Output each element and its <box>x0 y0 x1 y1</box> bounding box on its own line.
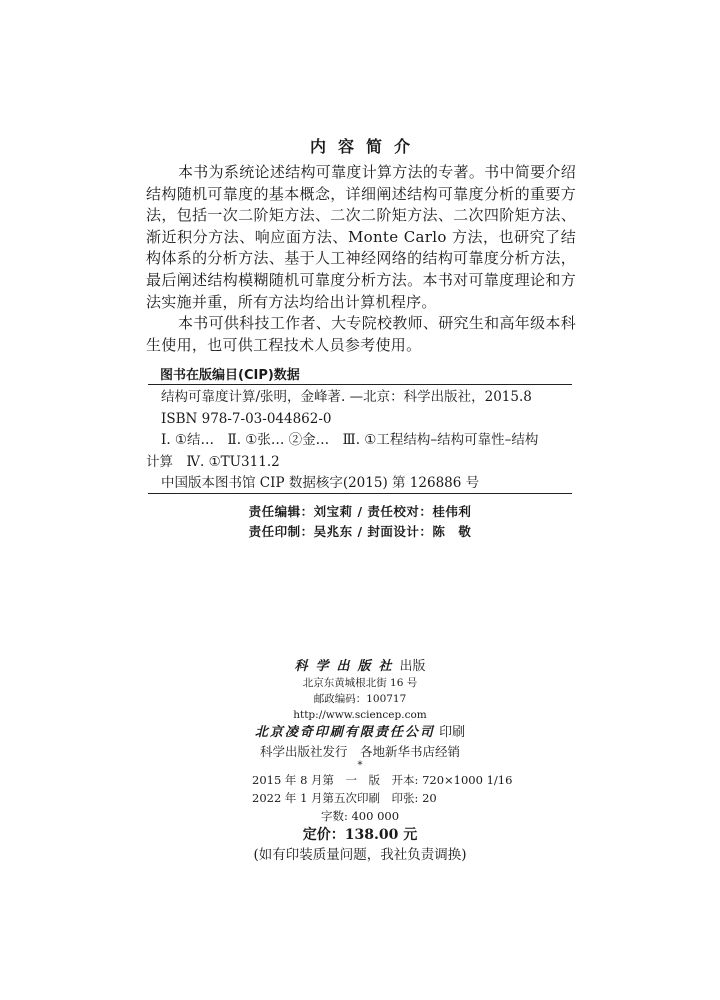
summary-paragraph-2: 本书可供科技工作者、大专院校教师、研究生和高年级本科生使用，也可供工程技术人员参… <box>146 313 576 356</box>
cip-classification-2: 计算 Ⅳ. ①TU311.2 <box>146 452 576 474</box>
printer-suffix: 印刷 <box>439 725 465 740</box>
summary-section: 本书为系统论述结构可靠度计算方法的专著。书中简要介绍结构随机可靠度的基本概念，详… <box>146 162 576 356</box>
cip-data-block: 结构可靠度计算/张明，金峰著. —北京：科学出版社，2015.8 ISBN 97… <box>146 387 576 495</box>
price: 定价：138.00 元 <box>0 825 720 845</box>
cip-title-line: 结构可靠度计算/张明，金峰著. —北京：科学出版社，2015.8 <box>146 387 576 409</box>
printer-name: 北京凌奇印刷有限责任公司 <box>255 725 435 740</box>
publisher-name: 科学出版社 <box>294 659 399 674</box>
cip-classification-1: Ⅰ. ①结… Ⅱ. ①张… ②金… Ⅲ. ①工程结构–结构可靠性–结构 <box>146 430 576 452</box>
edition-line: 2015 年 8 月第 一 版 开本: 720×1000 1/16 <box>0 771 720 789</box>
cip-isbn: ISBN 978-7-03-044862-0 <box>146 409 576 431</box>
printer-line: 北京凌奇印刷有限责任公司 印刷 <box>0 723 720 742</box>
credits-production-line: 责任印制：吴兆东 / 封面设计：陈 敬 <box>0 522 720 542</box>
credits-editor-line: 责任编辑：刘宝莉 / 责任校对：桂伟利 <box>0 502 720 522</box>
distribution-line: 科学出版社发行 各地新华书店经销 <box>0 742 720 761</box>
publisher-address: 北京东黄城根北街 16 号 <box>0 675 720 691</box>
summary-paragraph-1: 本书为系统论述结构可靠度计算方法的专著。书中简要介绍结构随机可靠度的基本概念，详… <box>146 162 576 313</box>
publisher-name-line: 科学出版社出版 <box>0 658 720 675</box>
credits-block: 责任编辑：刘宝莉 / 责任校对：桂伟利 责任印制：吴兆东 / 封面设计：陈 敬 <box>0 502 720 542</box>
publisher-name-suffix: 出版 <box>400 659 426 674</box>
quality-notice: (如有印装质量问题，我社负责调换) <box>0 845 720 865</box>
publisher-postcode: 邮政编码：100717 <box>0 691 720 707</box>
cip-verification: 中国版本图书馆 CIP 数据核字(2015) 第 126886 号 <box>146 473 576 495</box>
word-count: 字数: 400 000 <box>0 807 720 825</box>
publisher-website: http://www.sciencep.com <box>0 707 720 723</box>
cip-top-divider <box>148 384 572 385</box>
publisher-block: 科学出版社出版 北京东黄城根北街 16 号 邮政编码：100717 http:/… <box>0 658 720 865</box>
printing-line: 2022 年 1 月第五次印刷 印张: 20 <box>0 789 720 807</box>
page-title: 内容简介 <box>0 134 720 157</box>
cip-header: 图书在版编目(CIP)数据 <box>160 364 300 383</box>
separator-star: * <box>0 761 720 771</box>
cip-bottom-divider <box>148 493 572 494</box>
